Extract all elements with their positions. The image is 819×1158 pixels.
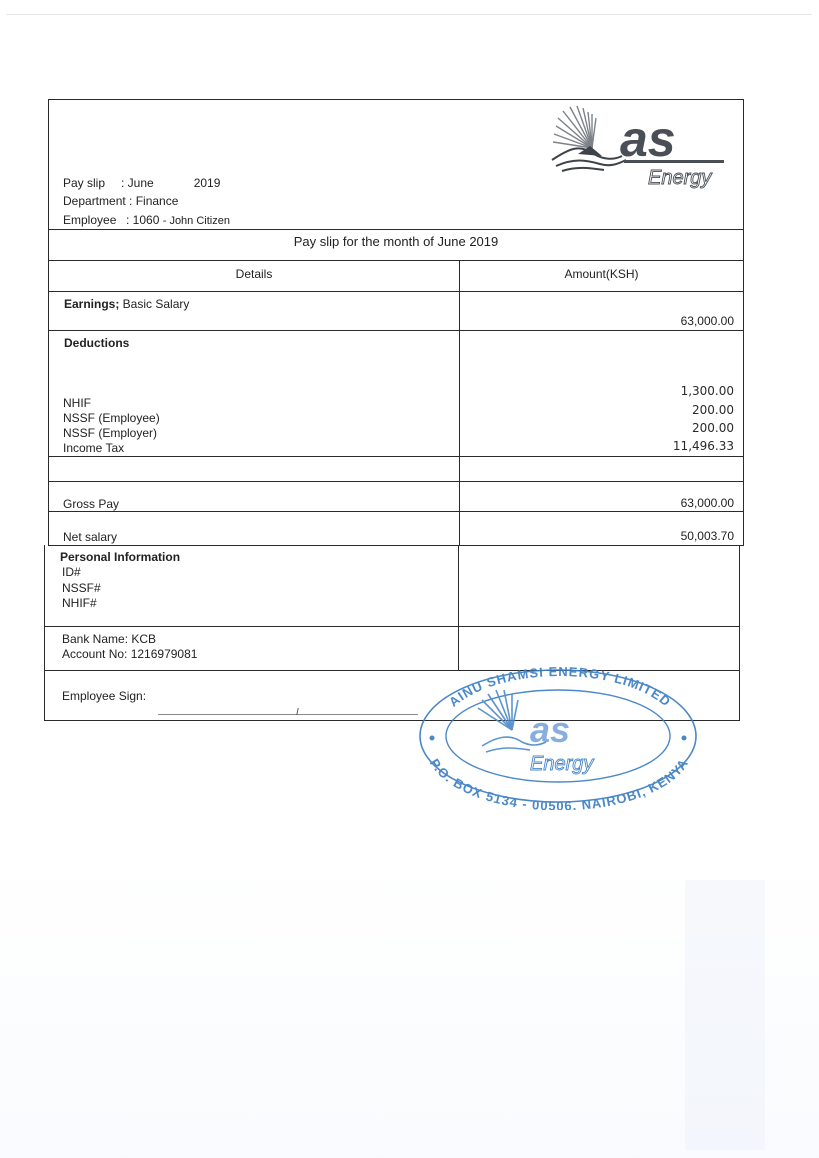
earnings-amount: 63,000.00 — [681, 314, 734, 328]
payslip-title: Pay slip for the month of June 2019 — [294, 234, 499, 249]
table-header-row: Details Amount(KSH) — [48, 260, 744, 292]
table-row-gross-pay: Gross Pay 63,000.00 — [48, 481, 744, 512]
personal-field-id: ID# — [62, 565, 81, 579]
employee-sign-label: Employee Sign: — [62, 689, 146, 703]
deduction-amount-nhif: 1,300.00 — [681, 384, 734, 398]
employee-name: - John Citizen — [163, 215, 230, 227]
hill-icon — [578, 146, 602, 156]
deduction-label-nssf-employer: NSSF (Employer) — [63, 426, 157, 440]
payslip-period: Pay slip: June2019 — [63, 176, 220, 190]
employee-label: Employee — [63, 213, 126, 227]
bank-name: Bank Name: KCB — [62, 632, 156, 646]
employee-id: : 1060 — [126, 213, 159, 227]
table-row-personal-information: Personal Information ID# NSSF# NHIF# — [44, 545, 740, 627]
payslip-year: 2019 — [194, 176, 221, 190]
payslip-title-row: Pay slip for the month of June 2019 — [48, 229, 744, 261]
stamp-sun-rays-icon — [478, 690, 518, 730]
deduction-label-nssf-employee: NSSF (Employee) — [63, 411, 160, 425]
deduction-amount-income-tax: 11,496.33 — [673, 439, 734, 453]
column-header-amount: Amount(KSH) — [460, 260, 743, 291]
department-label: Department — [63, 194, 126, 208]
logo-underline — [624, 160, 724, 163]
table-row-deductions: Deductions NHIF NSSF (Employee) NSSF (Em… — [48, 330, 744, 457]
table-row-net-salary: Net salary 50,003.70 — [48, 511, 744, 546]
table-row-blank — [48, 456, 744, 482]
gross-pay-amount: 63,000.00 — [681, 496, 734, 510]
deduction-amount-nssf-employee: 200.00 — [692, 403, 734, 417]
payslip-label: Pay slip — [63, 176, 121, 190]
column-header-details: Details — [49, 260, 460, 291]
stamp-dot-icon — [430, 736, 435, 741]
stamp-wordmark: Energy — [530, 753, 594, 775]
table-row-earnings: Earnings; Basic Salary 63,000.00 — [48, 291, 744, 331]
deduction-label-nhif: NHIF — [63, 396, 91, 410]
personal-field-nhif: NHIF# — [62, 596, 97, 610]
net-salary-amount: 50,003.70 — [681, 529, 734, 543]
employee: Employee: 1060 - John Citizen — [63, 213, 230, 228]
department: Department : Finance — [63, 194, 178, 208]
personal-information-heading: Personal Information — [60, 550, 180, 564]
deduction-amount-nssf-employer: 200.00 — [692, 421, 734, 435]
logo-mark: as — [620, 111, 676, 167]
gross-pay-label: Gross Pay — [63, 497, 119, 511]
department-value: : Finance — [129, 194, 178, 208]
deduction-label-income-tax: Income Tax — [63, 441, 124, 455]
company-stamp: AINU SHAMSI ENERGY LIMITED P.O. BOX 5134… — [412, 660, 704, 810]
scan-artifact-line — [6, 14, 812, 15]
sun-rays-icon — [553, 106, 596, 148]
payslip-month: : June — [121, 176, 154, 190]
signature-line[interactable] — [158, 714, 418, 715]
stamp-mark: as — [530, 709, 570, 750]
stamp-dot-icon — [682, 736, 687, 741]
personal-field-nssf: NSSF# — [62, 581, 101, 595]
earnings-label: Earnings; Basic Salary — [64, 297, 189, 311]
logo-wordmark: Energy — [648, 167, 712, 189]
net-salary-label: Net salary — [63, 530, 117, 544]
company-logo: as Energy — [550, 104, 730, 194]
account-number: Account No: 1216979081 — [62, 647, 197, 661]
scan-artifact-tint — [685, 880, 765, 1150]
deductions-heading: Deductions — [64, 336, 129, 350]
